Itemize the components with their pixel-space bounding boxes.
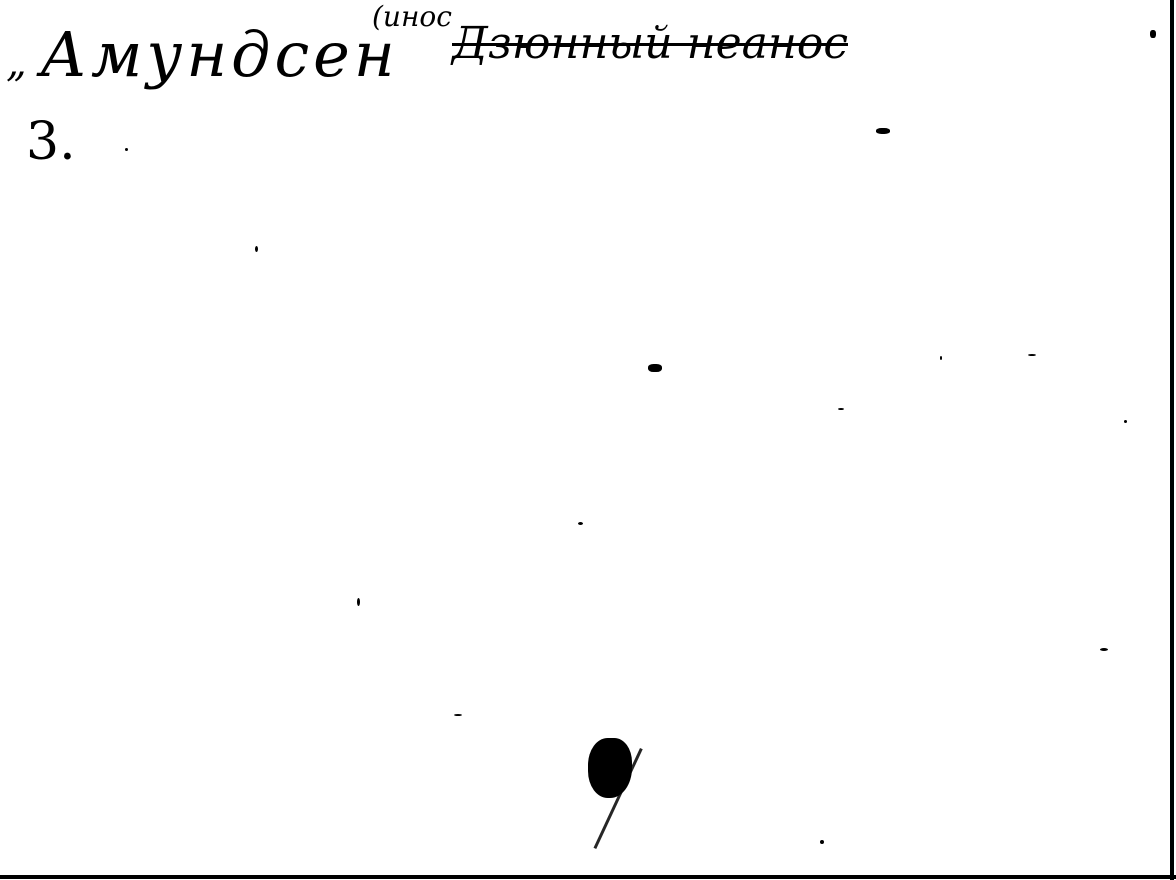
document-page: „ Амундсен (инос Дзюнный неанос 3.: [0, 0, 1176, 880]
ink-blot-icon: [588, 738, 632, 798]
ink-speck: [838, 408, 844, 410]
scan-edge-bottom: [0, 875, 1176, 879]
ink-speck: [940, 356, 942, 360]
struck-through-text: Дзюнный неанос: [452, 18, 848, 69]
ink-speck: [578, 522, 583, 525]
item-number: 3.: [26, 112, 76, 172]
opening-quote-mark: „: [6, 40, 27, 86]
handwritten-name: Амундсен: [40, 18, 399, 91]
ink-speck: [125, 148, 128, 151]
ink-speck: [357, 598, 360, 606]
ink-smudge-icon: [876, 128, 890, 134]
ink-speck: [1124, 420, 1127, 423]
ink-speck: [454, 714, 462, 716]
ink-smudge-icon: [648, 364, 662, 372]
scan-edge-right: [1170, 0, 1174, 880]
ink-speck: [1100, 648, 1108, 651]
ink-speck: [255, 246, 258, 252]
ink-speck: [820, 840, 824, 844]
ink-smudge-icon: [1150, 30, 1156, 38]
superscript-annotation: (инос: [372, 0, 452, 33]
ink-speck: [1028, 354, 1036, 356]
